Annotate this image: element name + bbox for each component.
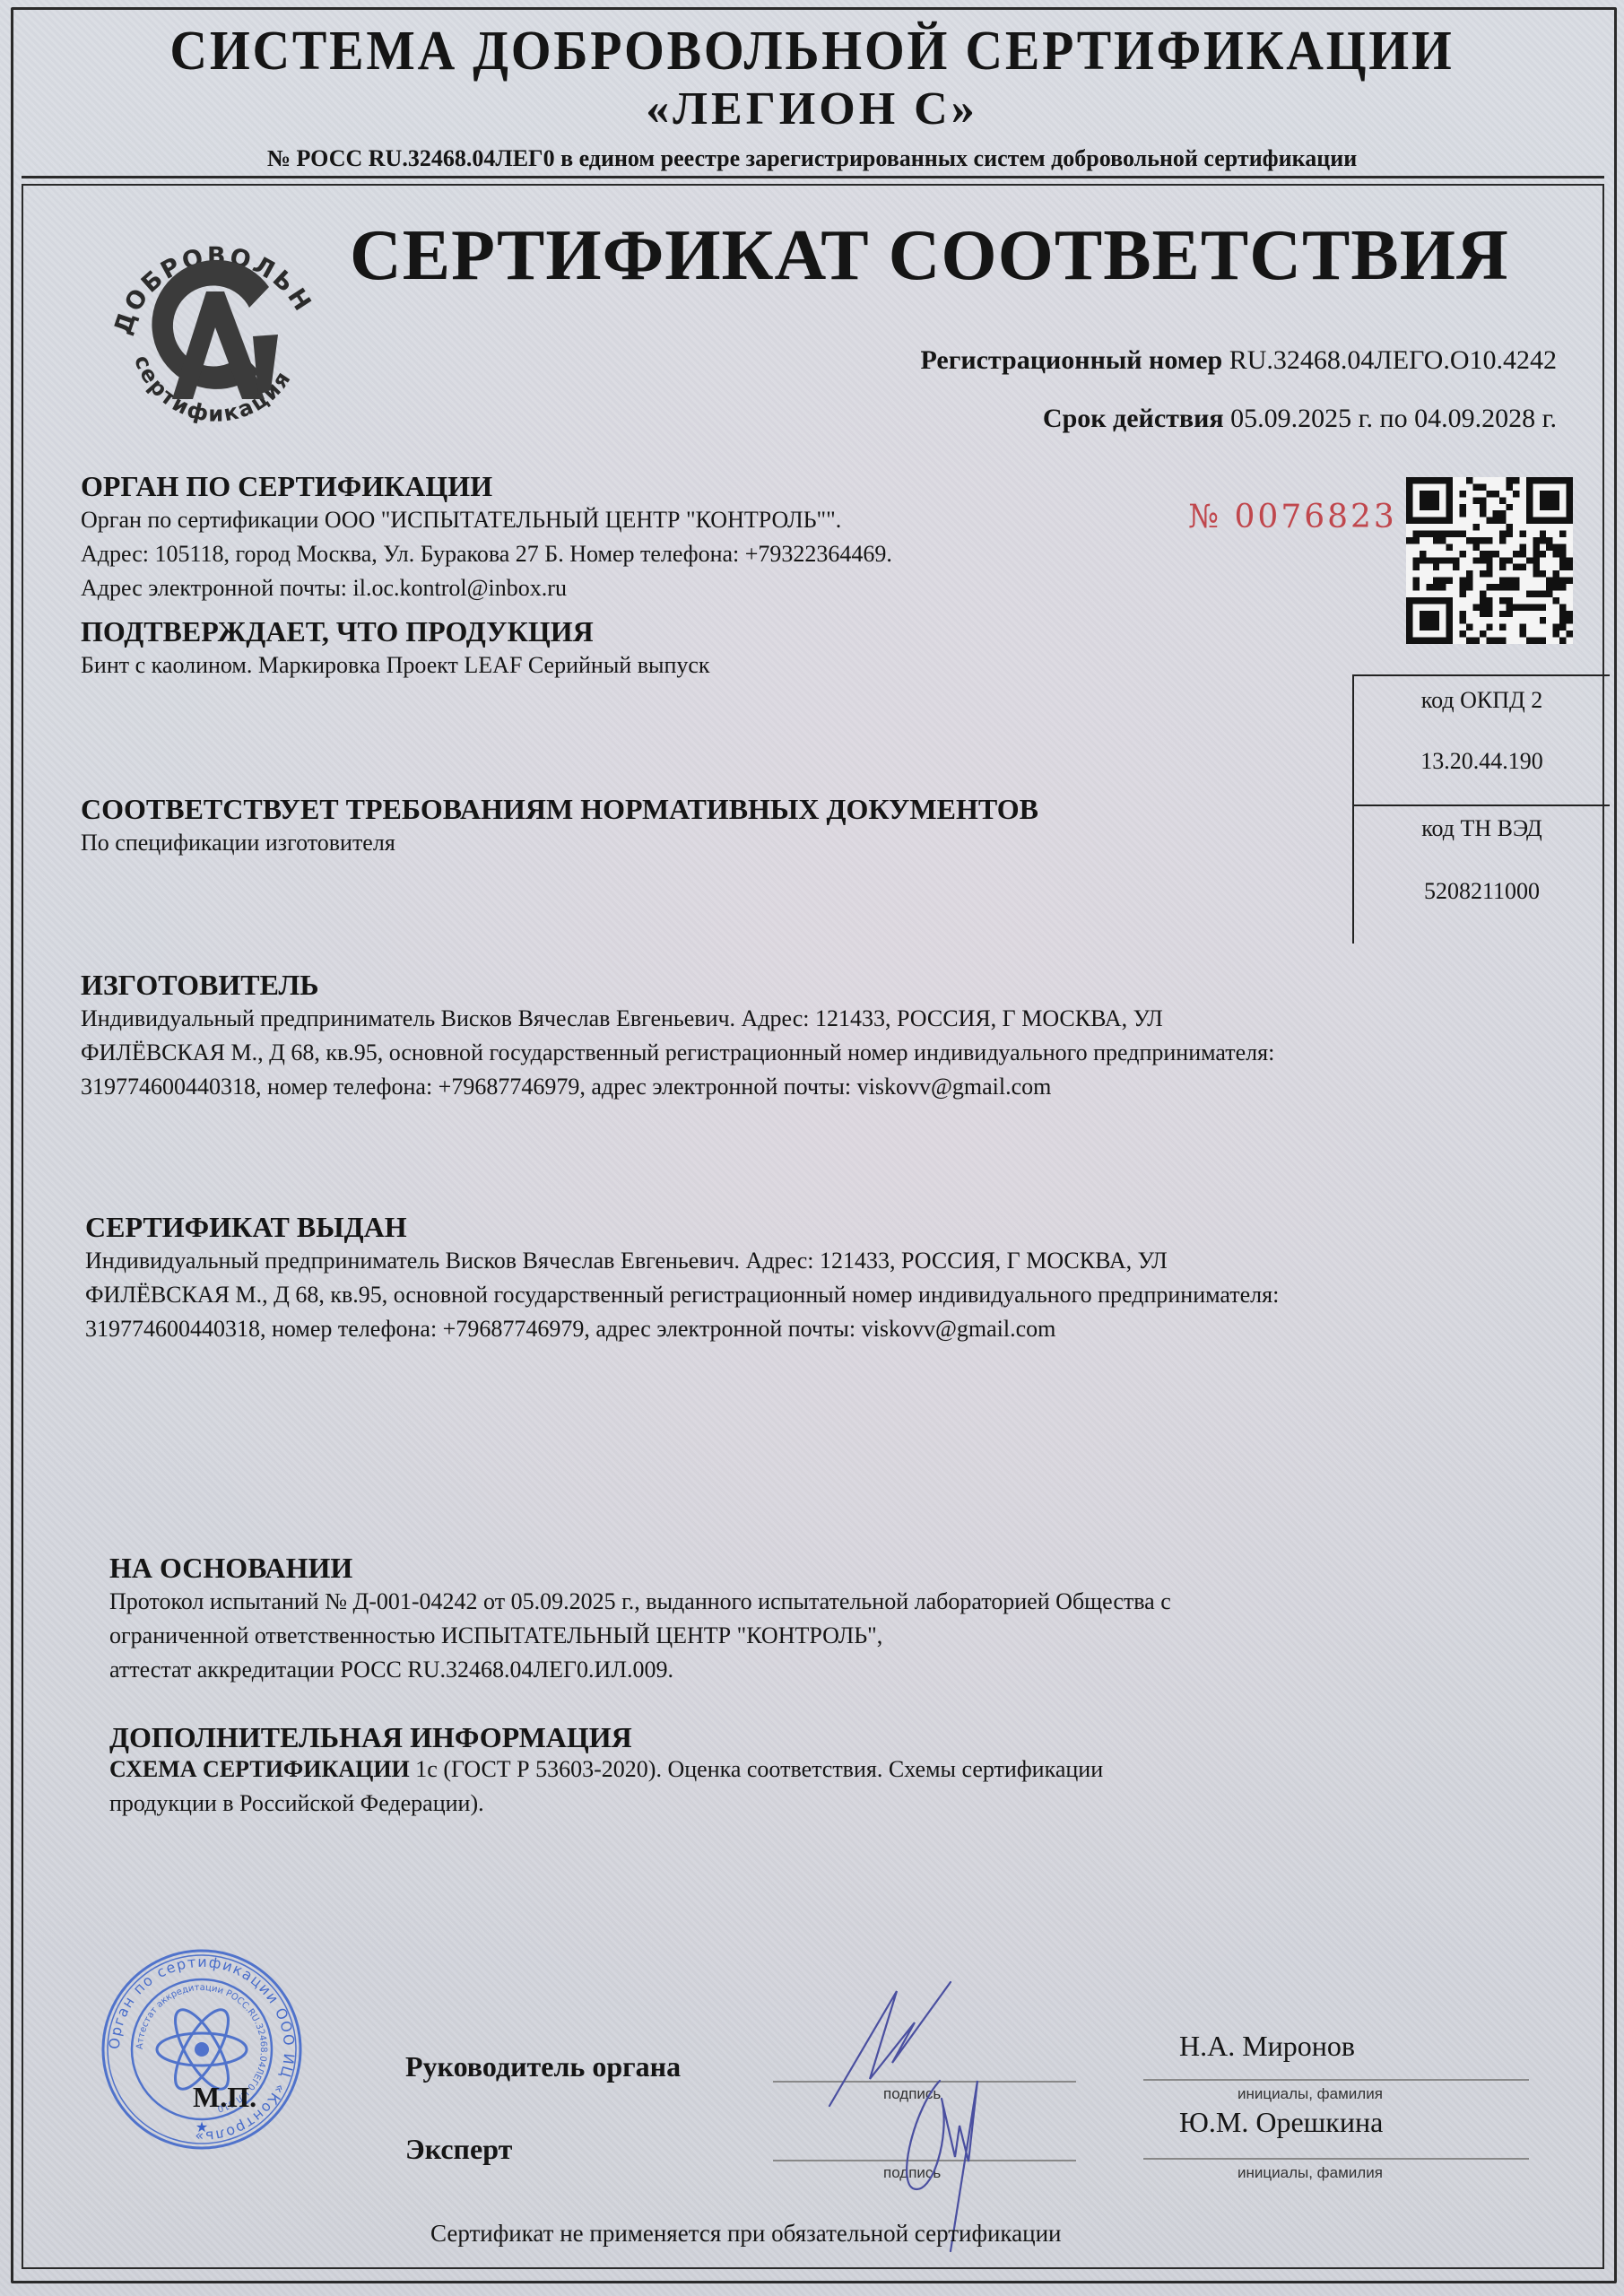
codes-divider <box>1354 804 1610 806</box>
issued-to-line: ФИЛЁВСКАЯ М., Д 68, кв.95, основной госу… <box>85 1278 1610 1312</box>
issued-to-line: Индивидуальный предприниматель Висков Вя… <box>85 1244 1610 1278</box>
expert-name-caption: инициалы, фамилия <box>1238 2164 1383 2182</box>
expert-name: Ю.М. Орешкина <box>1179 2106 1383 2139</box>
manufacturer-line: Индивидуальный предприниматель Висков Вя… <box>81 1002 1605 1036</box>
head-of-body-label: Руководитель органа <box>405 2050 681 2083</box>
system-name: «ЛЕГИОН С» <box>0 83 1624 135</box>
basis-section: НА ОСНОВАНИИ Протокол испытаний № Д-001-… <box>109 1552 1455 1687</box>
requirements-text: По спецификации изготовителя <box>81 826 1246 860</box>
expert-name-line <box>1143 2158 1529 2160</box>
certification-body-line: Адрес: 105118, город Москва, Ул. Бураков… <box>81 537 1157 571</box>
certification-body-section: ОРГАН ПО СЕРТИФИКАЦИИ Орган по сертифика… <box>81 470 1157 605</box>
serial-number: № 0076823 <box>1188 499 1397 535</box>
issued-to-heading: СЕРТИФИКАТ ВЫДАН <box>85 1211 1610 1244</box>
product-section: ПОДТВЕРЖДАЕТ, ЧТО ПРОДУКЦИЯ Бинт с каоли… <box>81 615 1246 683</box>
certificate-page: СИСТЕМА ДОБРОВОЛЬНОЙ СЕРТИФИКАЦИИ «ЛЕГИО… <box>0 0 1624 2296</box>
scheme-text-continued: продукции в Российской Федерации). <box>109 1787 1410 1821</box>
header-divider <box>22 176 1604 178</box>
product-heading: ПОДТВЕРЖДАЕТ, ЧТО ПРОДУКЦИЯ <box>81 615 1246 648</box>
certification-body-line: Орган по сертификации ООО "ИСПЫТАТЕЛЬНЫЙ… <box>81 503 1157 537</box>
system-title: СИСТЕМА ДОБРОВОЛЬНОЙ СЕРТИФИКАЦИИ <box>56 20 1567 83</box>
tnved-value: 5208211000 <box>1354 878 1610 905</box>
footer-note: Сертификат не применяется при обязательн… <box>430 2220 1061 2248</box>
stamp-place-label: М.П. <box>193 2081 256 2114</box>
basis-line: ограниченной ответственностью ИСПЫТАТЕЛЬ… <box>109 1619 1455 1653</box>
basis-line: аттестат аккредитации РОСС RU.32468.04ЛЕ… <box>109 1653 1455 1687</box>
issued-to-section: СЕРТИФИКАТ ВЫДАН Индивидуальный предприн… <box>85 1211 1610 1346</box>
manufacturer-line: ФИЛЁВСКАЯ М., Д 68, кв.95, основной госу… <box>81 1036 1605 1070</box>
scheme-label: СХЕМА СЕРТИФИКАЦИИ <box>109 1756 410 1782</box>
manufacturer-section: ИЗГОТОВИТЕЛЬ Индивидуальный предпринимат… <box>81 969 1605 1104</box>
system-registry: № РОСС RU.32468.04ЛЕГ0 в едином реестре … <box>0 145 1624 172</box>
basis-line: Протокол испытаний № Д-001-04242 от 05.0… <box>109 1585 1455 1619</box>
certification-body-line: Адрес электронной почты: il.oc.kontrol@i… <box>81 571 1157 605</box>
additional-info-heading: ДОПОЛНИТЕЛЬНАЯ ИНФОРМАЦИЯ <box>109 1722 1410 1752</box>
scheme-text: 1с (ГОСТ Р 53603-2020). Оценка соответст… <box>415 1756 1103 1782</box>
manufacturer-heading: ИЗГОТОВИТЕЛЬ <box>81 969 1605 1002</box>
codes-table: код ОКПД 2 13.20.44.190 код ТН ВЭД 52082… <box>1352 674 1610 944</box>
requirements-heading: СООТВЕТСТВУЕТ ТРЕБОВАНИЯМ НОРМАТИВНЫХ ДО… <box>81 793 1246 826</box>
qr-code[interactable] <box>1406 477 1573 644</box>
validity-value: 05.09.2025 г. по 04.09.2028 г. <box>1230 404 1557 433</box>
registration-number-value: RU.32468.04ЛЕГО.О10.4242 <box>1229 345 1557 375</box>
seal-stamp: Орган по сертификации ООО ИЦ «Контроль» … <box>99 1946 305 2152</box>
issued-to-line: 319774600440318, номер телефона: +796877… <box>85 1312 1610 1346</box>
voluntary-certification-logo: ДОБРОВОЛЬНАЯ сертификация <box>99 202 332 453</box>
basis-heading: НА ОСНОВАНИИ <box>109 1552 1455 1585</box>
product-text: Бинт с каолином. Маркировка Проект LEAF … <box>81 648 1246 683</box>
expert-label: Эксперт <box>405 2133 512 2166</box>
certification-body-heading: ОРГАН ПО СЕРТИФИКАЦИИ <box>81 470 1157 503</box>
requirements-section: СООТВЕТСТВУЕТ ТРЕБОВАНИЯМ НОРМАТИВНЫХ ДО… <box>81 793 1246 860</box>
manufacturer-line: 319774600440318, номер телефона: +796877… <box>81 1070 1605 1104</box>
sa-monogram-icon <box>152 260 278 399</box>
additional-info-section: ДОПОЛНИТЕЛЬНАЯ ИНФОРМАЦИЯ СХЕМА СЕРТИФИК… <box>109 1722 1410 1821</box>
okpd-label: код ОКПД 2 <box>1354 687 1610 714</box>
head-name-line <box>1143 2079 1529 2081</box>
registration-number: Регистрационный номер RU.32468.04ЛЕГО.О1… <box>920 345 1557 376</box>
validity-period: Срок действия 05.09.2025 г. по 04.09.202… <box>1043 404 1557 434</box>
okpd-value: 13.20.44.190 <box>1354 748 1610 775</box>
tnved-label: код ТН ВЭД <box>1354 815 1610 842</box>
validity-label: Срок действия <box>1043 404 1224 433</box>
head-name-caption: инициалы, фамилия <box>1238 2085 1383 2103</box>
star-icon: ★ <box>195 2120 208 2135</box>
certificate-title: СЕРТИФИКАТ СООТВЕТСТВИЯ <box>350 215 1509 297</box>
head-name: Н.А. Миронов <box>1179 2030 1355 2063</box>
registration-number-label: Регистрационный номер <box>920 345 1222 375</box>
